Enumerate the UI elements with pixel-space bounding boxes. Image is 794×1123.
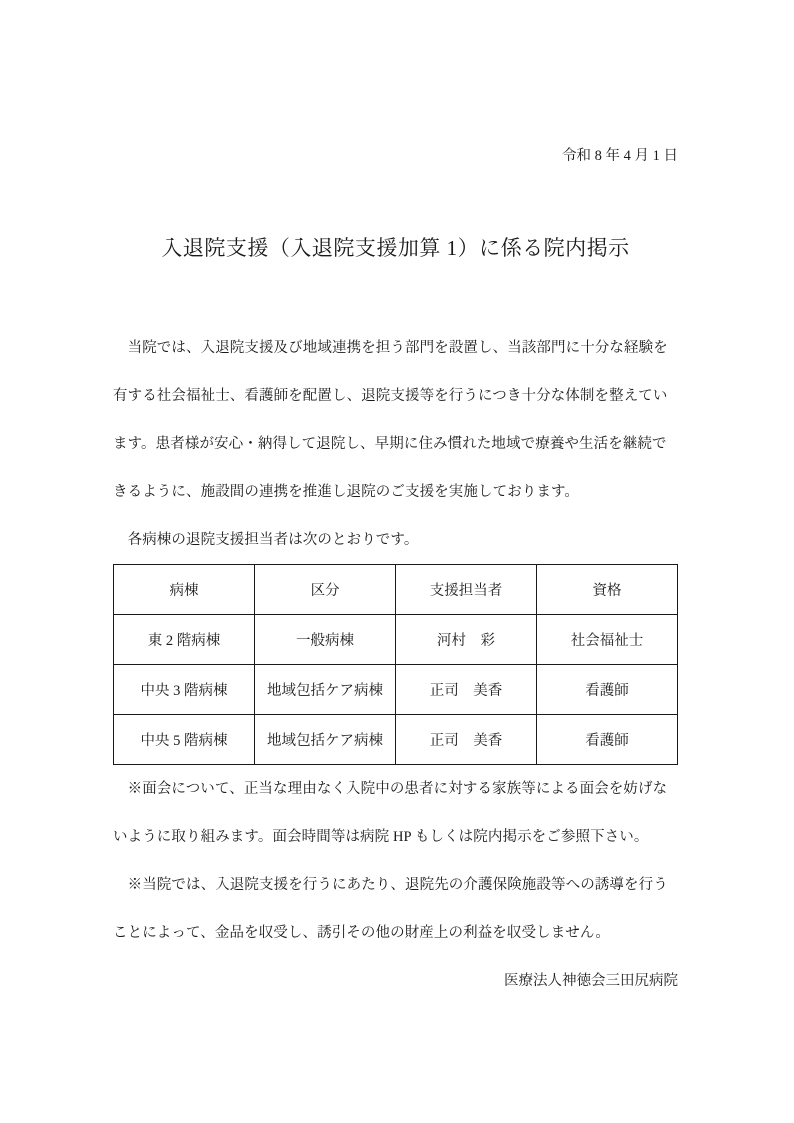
table-cell-category: 地域包括ケア病棟 [255,665,396,715]
table-cell-qualification: 看護師 [537,665,678,715]
table-header-row: 病棟 区分 支援担当者 資格 [114,565,678,615]
body-line: いように取り組みます。面会時間等は病院 HP もしくは院内掲示をご参照下さい。 [113,813,678,861]
table-header-cell: 病棟 [114,565,255,615]
table-cell-ward: 東 2 階病棟 [114,615,255,665]
document-date: 令和 8 年 4 月 1 日 [113,144,678,168]
table-cell-staff: 河村 彩 [396,615,537,665]
table-cell-ward: 中央 5 階病棟 [114,715,255,765]
body-line: ※当院では、入退院支援を行うにあたり、退院先の介護保険施設等への誘導を行う [113,861,678,909]
table-row: 中央 5 階病棟 地域包括ケア病棟 正司 美香 看護師 [114,715,678,765]
document-page: 令和 8 年 4 月 1 日 入退院支援（入退院支援加算 1）に係る院内掲示 当… [0,0,794,1123]
body-line: ※面会について、正当な理由なく入院中の患者に対する家族等による面会を妨げな [113,765,678,813]
note-no-inducement: ※当院では、入退院支援を行うにあたり、退院先の介護保険施設等への誘導を行う こと… [113,861,678,957]
table-row: 中央 3 階病棟 地域包括ケア病棟 正司 美香 看護師 [114,665,678,715]
table-cell-category: 地域包括ケア病棟 [255,715,396,765]
table-row: 東 2 階病棟 一般病棟 河村 彩 社会福祉士 [114,615,678,665]
body-line: 各病棟の退院支援担当者は次のとおりです。 [113,516,678,564]
table-cell-staff: 正司 美香 [396,715,537,765]
table-cell-staff: 正司 美香 [396,665,537,715]
discharge-support-table: 病棟 区分 支援担当者 資格 東 2 階病棟 一般病棟 河村 彩 社会福祉士 中… [113,564,678,765]
table-cell-category: 一般病棟 [255,615,396,665]
body-paragraph-intro: 当院では、入退院支援及び地域連携を担う部門を設置し、当該部門に十分な経験を 有す… [113,324,678,564]
document-title: 入退院支援（入退院支援加算 1）に係る院内掲示 [113,232,678,264]
note-visitation: ※面会について、正当な理由なく入院中の患者に対する家族等による面会を妨げな いよ… [113,765,678,861]
body-line: ことによって、金品を収受し、誘引その他の財産上の利益を収受しません。 [113,909,678,957]
table-header-cell: 支援担当者 [396,565,537,615]
hospital-signature: 医療法人神徳会三田尻病院 [113,957,678,1005]
table-cell-qualification: 看護師 [537,715,678,765]
table-header-cell: 区分 [255,565,396,615]
body-line: 有する社会福祉士、看護師を配置し、退院支援等を行うにつき十分な体制を整えてい [113,372,678,420]
table-cell-qualification: 社会福祉士 [537,615,678,665]
body-line: きるように、施設間の連携を推進し退院のご支援を実施しております。 [113,468,678,516]
body-line: 当院では、入退院支援及び地域連携を担う部門を設置し、当該部門に十分な経験を [113,324,678,372]
table-cell-ward: 中央 3 階病棟 [114,665,255,715]
table-header-cell: 資格 [537,565,678,615]
body-line: ます。患者様が安心・納得して退院し、早期に住み慣れた地域で療養や生活を継続で [113,420,678,468]
